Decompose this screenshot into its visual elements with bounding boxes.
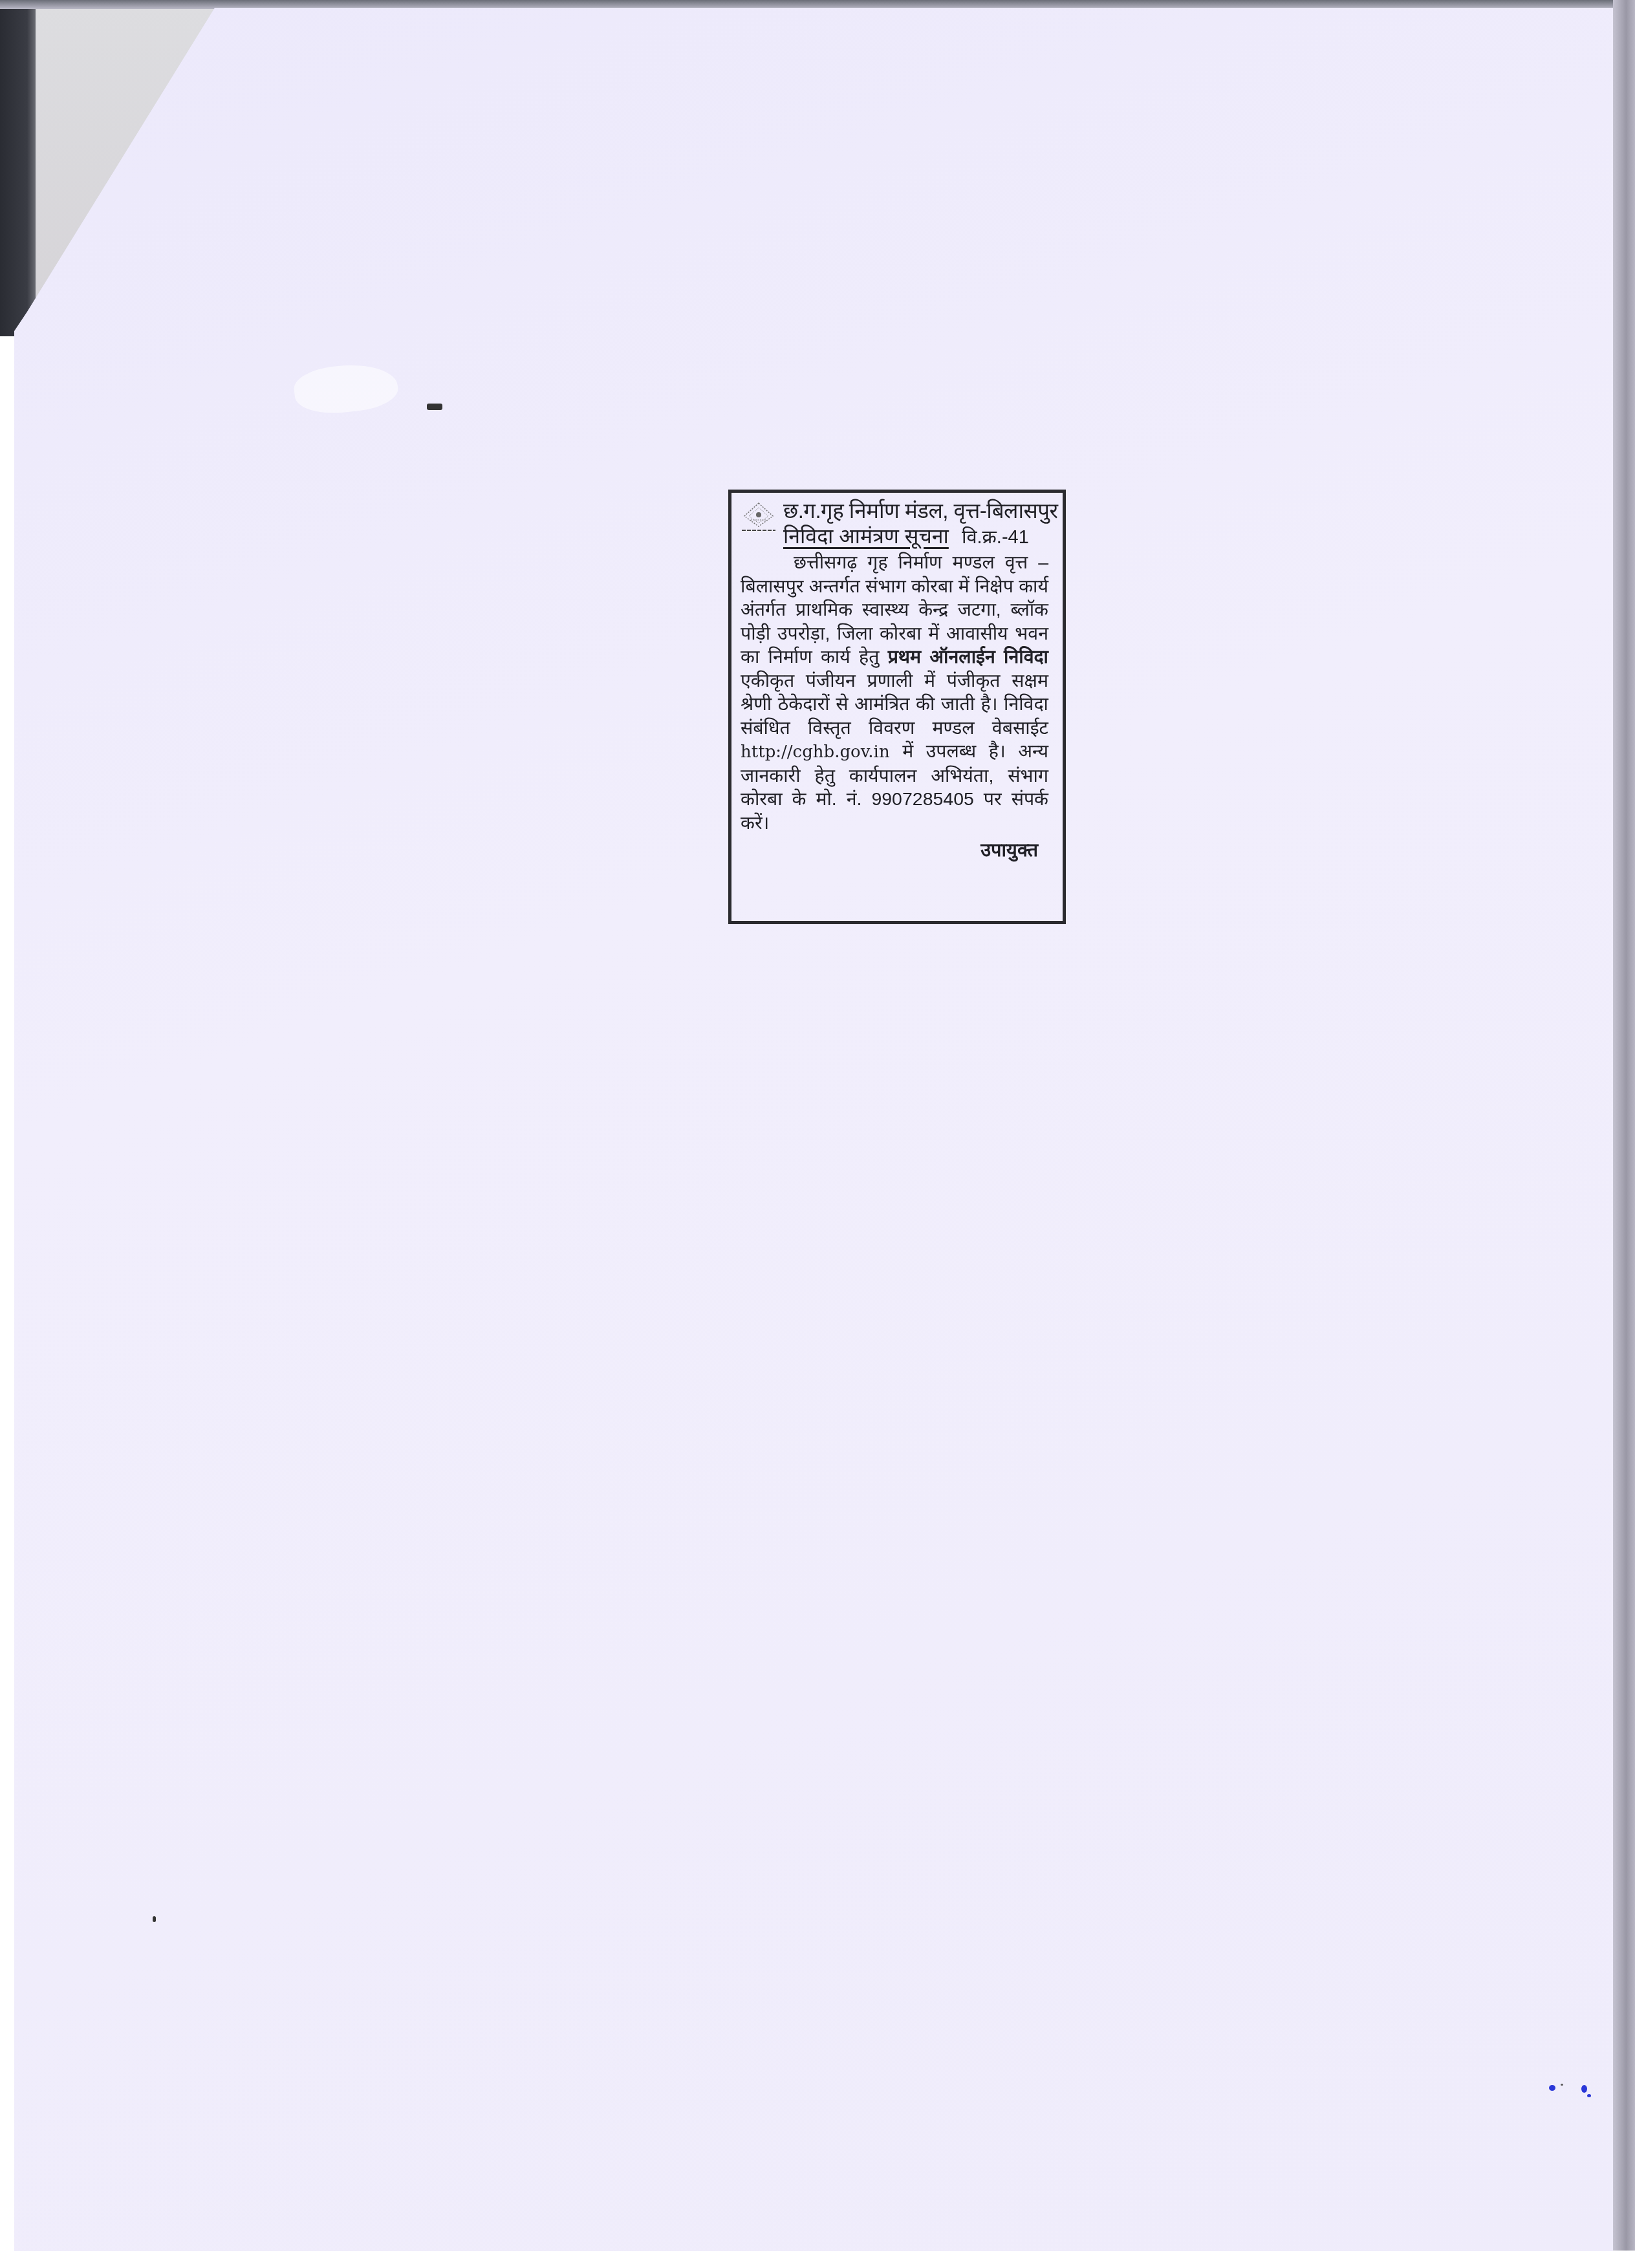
scanner-background-dark (0, 0, 39, 336)
notice-body-text-2: एकीकृत पंजीयन प्रणाली में पंजीकृत सक्षम … (741, 671, 1048, 739)
dirt-speck (427, 404, 442, 410)
notice-body: छत्तीसगढ़ गृह निर्माण मण्डल वृत्त – बिला… (741, 551, 1048, 835)
paper-sheet (14, 8, 1613, 2252)
website-link[interactable]: http://cghb.gov.in (741, 742, 890, 762)
notice-title: छ.ग.गृह निर्माण मंडल, वृत्त-बिलासपुर (783, 498, 1058, 524)
notice-heading: निविदा आमंत्रण सूचना (783, 524, 949, 548)
scanner-right-edge (1613, 0, 1635, 2251)
ink-spots (1549, 2084, 1594, 2100)
signatory: उपायुक्त (741, 837, 1038, 863)
notice-header: छ.ग.गृह निर्माण मंडल, वृत्त-बिलासपुर निव… (741, 498, 1048, 550)
scanner-bottom-edge (0, 2251, 1635, 2268)
dirt-speck (153, 1916, 156, 1922)
cghb-emblem-icon (741, 502, 777, 533)
notice-reference: वि.क्र.-41 (962, 527, 1029, 548)
notice-body-bold: प्रथम ऑनलाईन निविदा (888, 647, 1048, 667)
tender-notice-box: छ.ग.गृह निर्माण मंडल, वृत्त-बिलासपुर निव… (728, 490, 1066, 924)
scanner-top-edge (0, 0, 1635, 9)
